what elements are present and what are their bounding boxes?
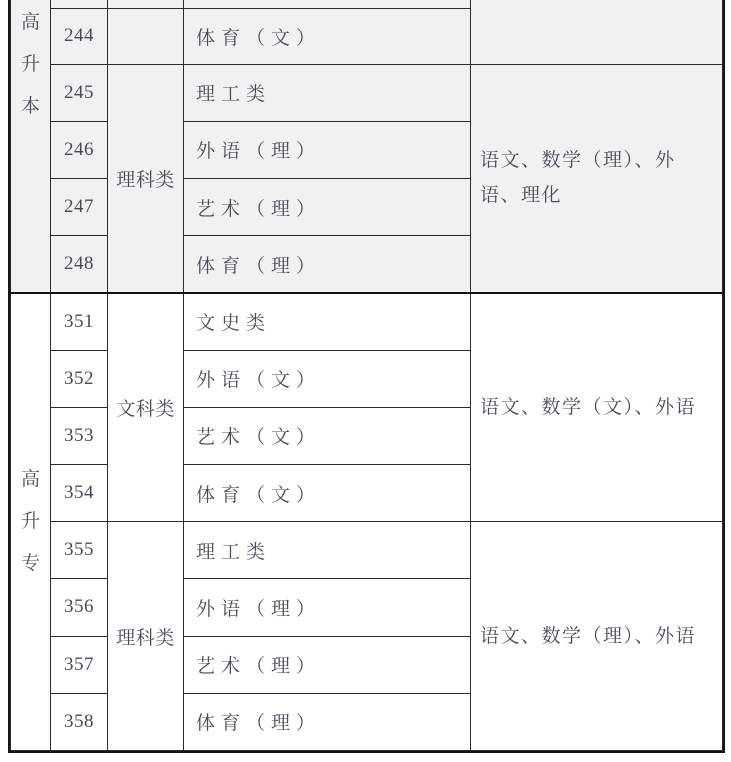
subjects-cell-wenke-zhuan: 语文、数学（文）、外语: [471, 293, 723, 522]
code-cell-248: 248: [51, 236, 108, 293]
category-cell-wenke-zhuan: 文科类: [108, 293, 184, 522]
subjects-cell-wenke-ben: [471, 0, 723, 64]
major-cell-246: 外语（理）: [184, 121, 471, 178]
code-cell-357: 357: [51, 636, 108, 693]
code-cell-247: 247: [51, 179, 108, 236]
exam-table: 高升本 244 体育（文） 245 理科类 理工类 语文、数学（理）、外 语、理…: [10, 0, 723, 751]
code-cell-358: 358: [51, 693, 108, 750]
major-cell-354: 体育（文）: [184, 465, 471, 522]
major-cell-356: 外语（理）: [184, 579, 471, 636]
code-cell-244: 244: [51, 8, 108, 64]
major-cell-357: 艺术（理）: [184, 636, 471, 693]
major-cell-sliver: [184, 0, 471, 8]
major-cell-355: 理工类: [184, 522, 471, 579]
major-cell-353: 艺术（文）: [184, 407, 471, 464]
code-cell-353: 353: [51, 407, 108, 464]
code-cell-sliver: [51, 0, 108, 8]
level-cell-gaoshengzhuan: 高升专: [11, 293, 51, 751]
category-cell-like-zhuan: 理科类: [108, 522, 184, 751]
code-cell-245: 245: [51, 64, 108, 121]
major-cell-247: 艺术（理）: [184, 179, 471, 236]
level-label-gaoshengben: 高升本: [20, 0, 41, 128]
major-cell-244: 体育（文）: [184, 8, 471, 64]
major-cell-248: 体育（理）: [184, 236, 471, 293]
category-cell-sliver: [108, 0, 184, 8]
level-cell-gaoshengben: 高升本: [11, 0, 51, 293]
major-cell-245: 理工类: [184, 64, 471, 121]
code-cell-354: 354: [51, 465, 108, 522]
code-cell-351: 351: [51, 293, 108, 350]
major-cell-352: 外语（文）: [184, 350, 471, 407]
major-cell-358: 体育（理）: [184, 693, 471, 750]
code-cell-355: 355: [51, 522, 108, 579]
subjects-cell-like-ben: 语文、数学（理）、外 语、理化: [471, 64, 723, 293]
code-cell-356: 356: [51, 579, 108, 636]
category-cell-like-ben: 理科类: [108, 64, 184, 293]
level-label-gaoshengzhuan: 高升专: [20, 459, 41, 585]
exam-subject-table: 高升本 244 体育（文） 245 理科类 理工类 语文、数学（理）、外 语、理…: [8, 0, 725, 753]
subjects-cell-like-zhuan: 语文、数学（理）、外语: [471, 522, 723, 751]
code-cell-352: 352: [51, 350, 108, 407]
code-cell-246: 246: [51, 121, 108, 178]
major-cell-351: 文史类: [184, 293, 471, 350]
category-cell-wenke-ben: [108, 8, 184, 64]
